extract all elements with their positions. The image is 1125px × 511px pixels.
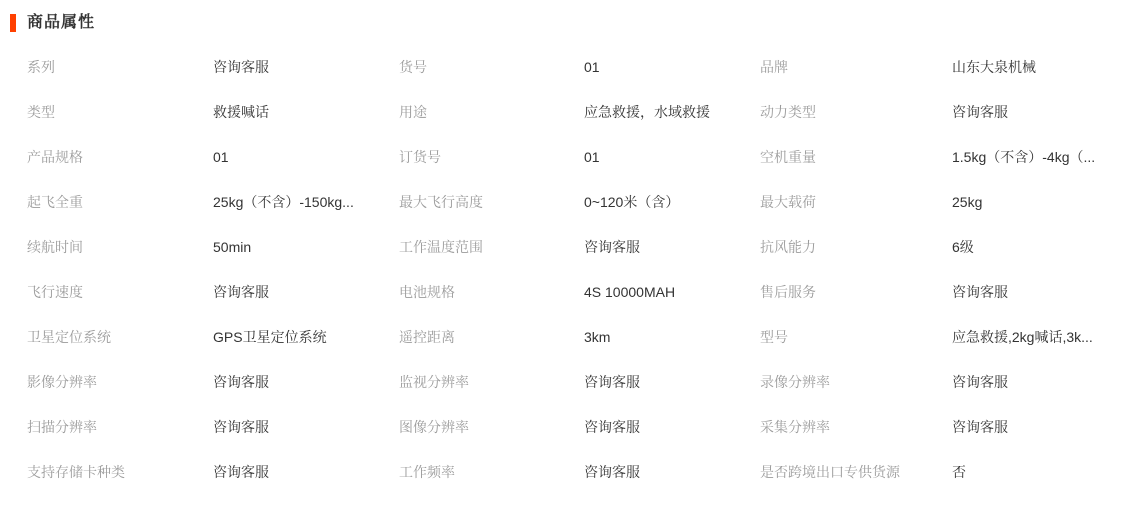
- attr-label: 售后服务: [760, 270, 952, 315]
- attr-value: 否: [952, 450, 1125, 495]
- attr-value: 咨询客服: [584, 225, 760, 270]
- attr-value: 0~120米（含）: [584, 180, 760, 225]
- accent-bar-icon: [10, 14, 16, 32]
- panel-header: 商品属性: [10, 13, 1125, 32]
- attr-value: 25kg: [952, 180, 1125, 225]
- attr-label: 续航时间: [27, 225, 213, 270]
- attr-label: 飞行速度: [27, 270, 213, 315]
- attr-value: 4S 10000MAH: [584, 270, 760, 315]
- attr-value: 咨询客服: [584, 450, 760, 495]
- attr-value: 咨询客服: [213, 270, 399, 315]
- attr-value: 1.5kg（不含）-4kg（...: [952, 135, 1125, 180]
- attr-value: 咨询客服: [952, 270, 1125, 315]
- attr-label: 影像分辨率: [27, 360, 213, 405]
- attr-label: 卫星定位系统: [27, 315, 213, 360]
- attr-label: 工作频率: [399, 450, 584, 495]
- attr-label: 订货号: [399, 135, 584, 180]
- attr-label: 遥控距离: [399, 315, 584, 360]
- attr-value: 3km: [584, 315, 760, 360]
- attr-value: 咨询客服: [213, 405, 399, 450]
- attr-value: 咨询客服: [213, 45, 399, 90]
- attr-label: 用途: [399, 90, 584, 135]
- attr-label: 动力类型: [760, 90, 952, 135]
- attr-label: 是否跨境出口专供货源: [760, 450, 952, 495]
- attr-label: 起飞全重: [27, 180, 213, 225]
- attr-value: 山东大泉机械: [952, 45, 1125, 90]
- attr-label: 货号: [399, 45, 584, 90]
- attr-label: 扫描分辨率: [27, 405, 213, 450]
- attr-label: 采集分辨率: [760, 405, 952, 450]
- attr-value: 01: [584, 135, 760, 180]
- attr-value: 6级: [952, 225, 1125, 270]
- attr-label: 类型: [27, 90, 213, 135]
- attr-value: 50min: [213, 225, 399, 270]
- attributes-grid: 系列咨询客服货号01品牌山东大泉机械类型救援喊话用途应急救援，水域救援动力类型咨…: [27, 45, 1125, 495]
- attr-label: 图像分辨率: [399, 405, 584, 450]
- attr-value: 咨询客服: [213, 360, 399, 405]
- attr-value: 25kg（不含）-150kg...: [213, 180, 399, 225]
- attr-label: 型号: [760, 315, 952, 360]
- attr-value: 咨询客服: [584, 405, 760, 450]
- attr-label: 工作温度范围: [399, 225, 584, 270]
- attr-value: 咨询客服: [952, 405, 1125, 450]
- attr-value: 咨询客服: [584, 360, 760, 405]
- attr-label: 品牌: [760, 45, 952, 90]
- attr-value: 应急救援，水域救援: [584, 90, 760, 135]
- attr-value: 咨询客服: [213, 450, 399, 495]
- attr-label: 产品规格: [27, 135, 213, 180]
- attr-value: 01: [584, 45, 760, 90]
- attr-label: 空机重量: [760, 135, 952, 180]
- attr-value: 咨询客服: [952, 90, 1125, 135]
- attr-label: 系列: [27, 45, 213, 90]
- attr-value: 咨询客服: [952, 360, 1125, 405]
- attr-label: 抗风能力: [760, 225, 952, 270]
- product-attributes-panel: 商品属性 系列咨询客服货号01品牌山东大泉机械类型救援喊话用途应急救援，水域救援…: [0, 13, 1125, 495]
- attr-label: 监视分辨率: [399, 360, 584, 405]
- attr-label: 支持存储卡种类: [27, 450, 213, 495]
- attr-label: 电池规格: [399, 270, 584, 315]
- attr-label: 录像分辨率: [760, 360, 952, 405]
- panel-title: 商品属性: [27, 13, 95, 32]
- attr-value: 01: [213, 135, 399, 180]
- attr-label: 最大载荷: [760, 180, 952, 225]
- attr-value: GPS卫星定位系统: [213, 315, 399, 360]
- attr-value: 救援喊话: [213, 90, 399, 135]
- attr-label: 最大飞行高度: [399, 180, 584, 225]
- attr-value: 应急救援,2kg喊话,3k...: [952, 315, 1125, 360]
